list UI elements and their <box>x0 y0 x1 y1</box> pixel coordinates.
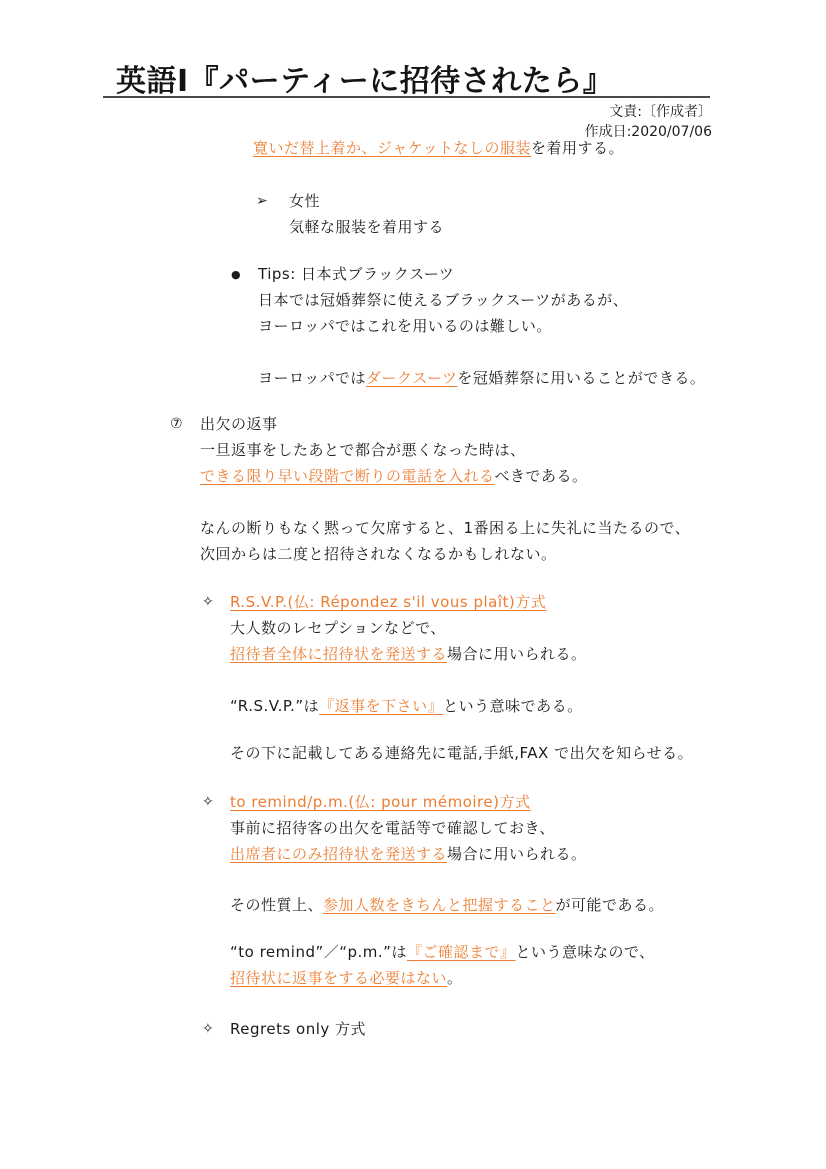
text-line: その下に記載してある連絡先に電話,手紙,FAX で出欠を知らせる。 <box>230 742 693 764</box>
plain-text: 大人数のレセプションなどで、 <box>230 619 446 637</box>
title-divider <box>103 96 710 98</box>
list-marker-diamond-icon: ✧ <box>202 791 214 813</box>
plain-text: Regrets only 方式 <box>230 1020 366 1038</box>
highlighted-text: 招待状に返事をする必要はない <box>230 969 447 987</box>
highlighted-text: 参加人数をきちんと把握すること <box>323 896 556 914</box>
text-line: その性質上、参加人数をきちんと把握することが可能である。 <box>230 894 664 916</box>
plain-text: 事前に招待客の出欠を電話等で確認しておき、 <box>230 819 555 837</box>
plain-text: 日本では冠婚葬祭に使えるブラックスーツがあるが、 <box>258 291 628 309</box>
plain-text: 出欠の返事 <box>200 415 278 433</box>
text-line: 一旦返事をしたあとで都合が悪くなった時は、 <box>200 439 526 461</box>
plain-text: 次回からは二度と招待されなくなるかもしれない。 <box>200 545 557 563</box>
subsection-heading: to remind/p.m.(仏: pour mémoire)方式 <box>230 791 530 813</box>
text-line: Tips: 日本式ブラックスーツ <box>258 263 454 285</box>
highlighted-text: 招待者全体に招待状を発送する <box>230 645 447 663</box>
text-line: “R.S.V.P.”は『返事を下さい』という意味である。 <box>230 695 583 717</box>
text-line: 女性 <box>289 190 320 212</box>
plain-text: を冠婚葬祭に用いることができる。 <box>457 369 705 387</box>
plain-text: Tips: 日本式ブラックスーツ <box>258 265 454 283</box>
plain-text: その下に記載してある連絡先に電話,手紙,FAX で出欠を知らせる。 <box>230 744 693 762</box>
text-line: 招待状に返事をする必要はない。 <box>230 967 463 989</box>
document-title: 英語Ⅰ『パーティーに招待されたら』 <box>116 56 613 100</box>
plain-text: 。 <box>447 969 463 987</box>
plain-text: 場合に用いられる。 <box>447 845 587 863</box>
text-line: 寛いだ替上着か、ジャケットなしの服装を着用する。 <box>253 137 624 159</box>
plain-text: 場合に用いられる。 <box>447 645 587 663</box>
author-line: 文責:〔作成者〕 <box>609 101 712 121</box>
text-line: 出席者にのみ招待状を発送する場合に用いられる。 <box>230 843 587 865</box>
plain-text: という意味である。 <box>443 697 583 715</box>
text-line: ヨーロッパではダークスーツを冠婚葬祭に用いることができる。 <box>258 367 705 389</box>
plain-text: べきである。 <box>495 467 588 485</box>
text-line: 事前に招待客の出欠を電話等で確認しておき、 <box>230 817 555 839</box>
text-line: 招待者全体に招待状を発送する場合に用いられる。 <box>230 643 587 665</box>
plain-text: を着用する。 <box>531 139 624 157</box>
highlighted-text: ダークスーツ <box>366 369 458 387</box>
plain-text: なんの断りもなく黙って欠席すると、1番困る上に失礼に当たるので、 <box>200 519 690 537</box>
list-marker-diamond-icon: ✧ <box>202 591 214 613</box>
text-line: 日本では冠婚葬祭に使えるブラックスーツがあるが、 <box>258 289 628 311</box>
section-heading: 出欠の返事 <box>200 413 278 435</box>
text-line: 次回からは二度と招待されなくなるかもしれない。 <box>200 543 557 565</box>
subsection-heading: R.S.V.P.(仏: Répondez s'il vous plaît)方式 <box>230 591 546 613</box>
plain-text: という意味なので、 <box>515 943 654 961</box>
document-page: 英語Ⅰ『パーティーに招待されたら』 文責:〔作成者〕 作成日:2020/07/0… <box>0 0 826 1169</box>
list-marker-circled-seven: ⑦ <box>170 413 183 435</box>
highlighted-text: 寛いだ替上着か、ジャケットなしの服装 <box>253 139 531 157</box>
subsection-heading: Regrets only 方式 <box>230 1018 366 1040</box>
highlighted-text: 出席者にのみ招待状を発送する <box>230 845 447 863</box>
text-line: なんの断りもなく黙って欠席すると、1番困る上に失礼に当たるので、 <box>200 517 690 539</box>
text-line: “to remind”／“p.m.”は『ご確認まで』という意味なので、 <box>230 941 655 963</box>
plain-text: “R.S.V.P.”は <box>230 697 319 715</box>
plain-text: ヨーロッパではこれを用いるのは難しい。 <box>258 317 552 335</box>
highlighted-text: 『返事を下さい』 <box>319 697 443 715</box>
plain-text: 女性 <box>289 192 320 210</box>
highlighted-text: できる限り早い段階で断りの電話を入れる <box>200 467 495 485</box>
highlighted-text: to remind/p.m.(仏: pour mémoire)方式 <box>230 793 530 811</box>
text-line: 大人数のレセプションなどで、 <box>230 617 446 639</box>
highlighted-text: 『ご確認まで』 <box>407 943 516 961</box>
list-marker-bullet-icon: ● <box>231 264 241 286</box>
plain-text: ヨーロッパでは <box>258 369 366 387</box>
list-marker-arrow-icon: ➢ <box>256 190 268 212</box>
plain-text: 気軽な服装を着用する <box>289 218 444 236</box>
text-line: ヨーロッパではこれを用いるのは難しい。 <box>258 315 552 337</box>
plain-text: “to remind”／“p.m.”は <box>230 943 407 961</box>
plain-text: 一旦返事をしたあとで都合が悪くなった時は、 <box>200 441 526 459</box>
plain-text: その性質上、 <box>230 896 323 914</box>
list-marker-diamond-icon: ✧ <box>202 1018 214 1040</box>
plain-text: が可能である。 <box>556 896 665 914</box>
text-line: できる限り早い段階で断りの電話を入れるべきである。 <box>200 465 588 487</box>
highlighted-text: R.S.V.P.(仏: Répondez s'il vous plaît)方式 <box>230 593 546 611</box>
text-line: 気軽な服装を着用する <box>289 216 444 238</box>
